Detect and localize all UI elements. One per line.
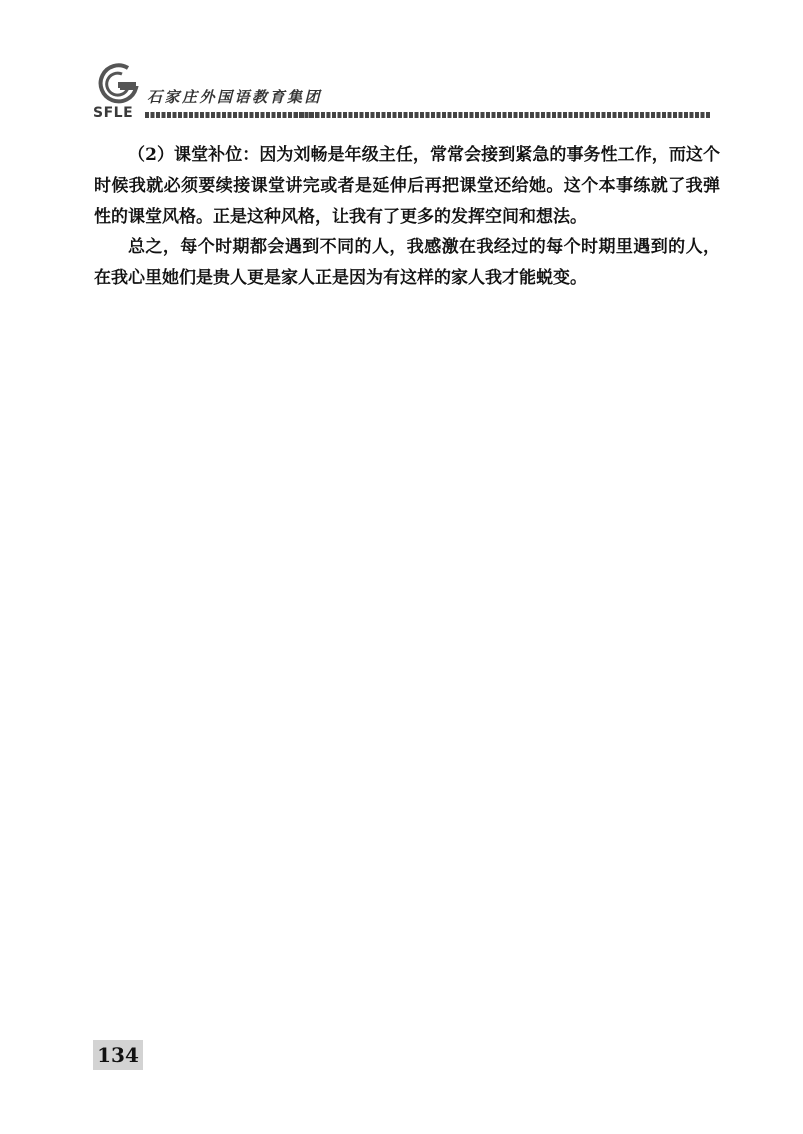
paragraph: 总之，每个时期都会遇到不同的人，我感激在我经过的每个时期里遇到的人，在我心里她们… xyxy=(94,232,720,294)
logo-abbrev: SFLE xyxy=(93,105,133,121)
body-text: （2）课堂补位：因为刘畅是年级主任，常常会接到紧急的事务性工作，而这个时候我就必… xyxy=(94,140,720,294)
paragraph: （2）课堂补位：因为刘畅是年级主任，常常会接到紧急的事务性工作，而这个时候我就必… xyxy=(94,140,720,232)
page-number: 134 xyxy=(93,1040,143,1070)
header-dotted-rule xyxy=(145,112,710,118)
org-name: 石家庄外国语教育集团 xyxy=(147,86,322,107)
